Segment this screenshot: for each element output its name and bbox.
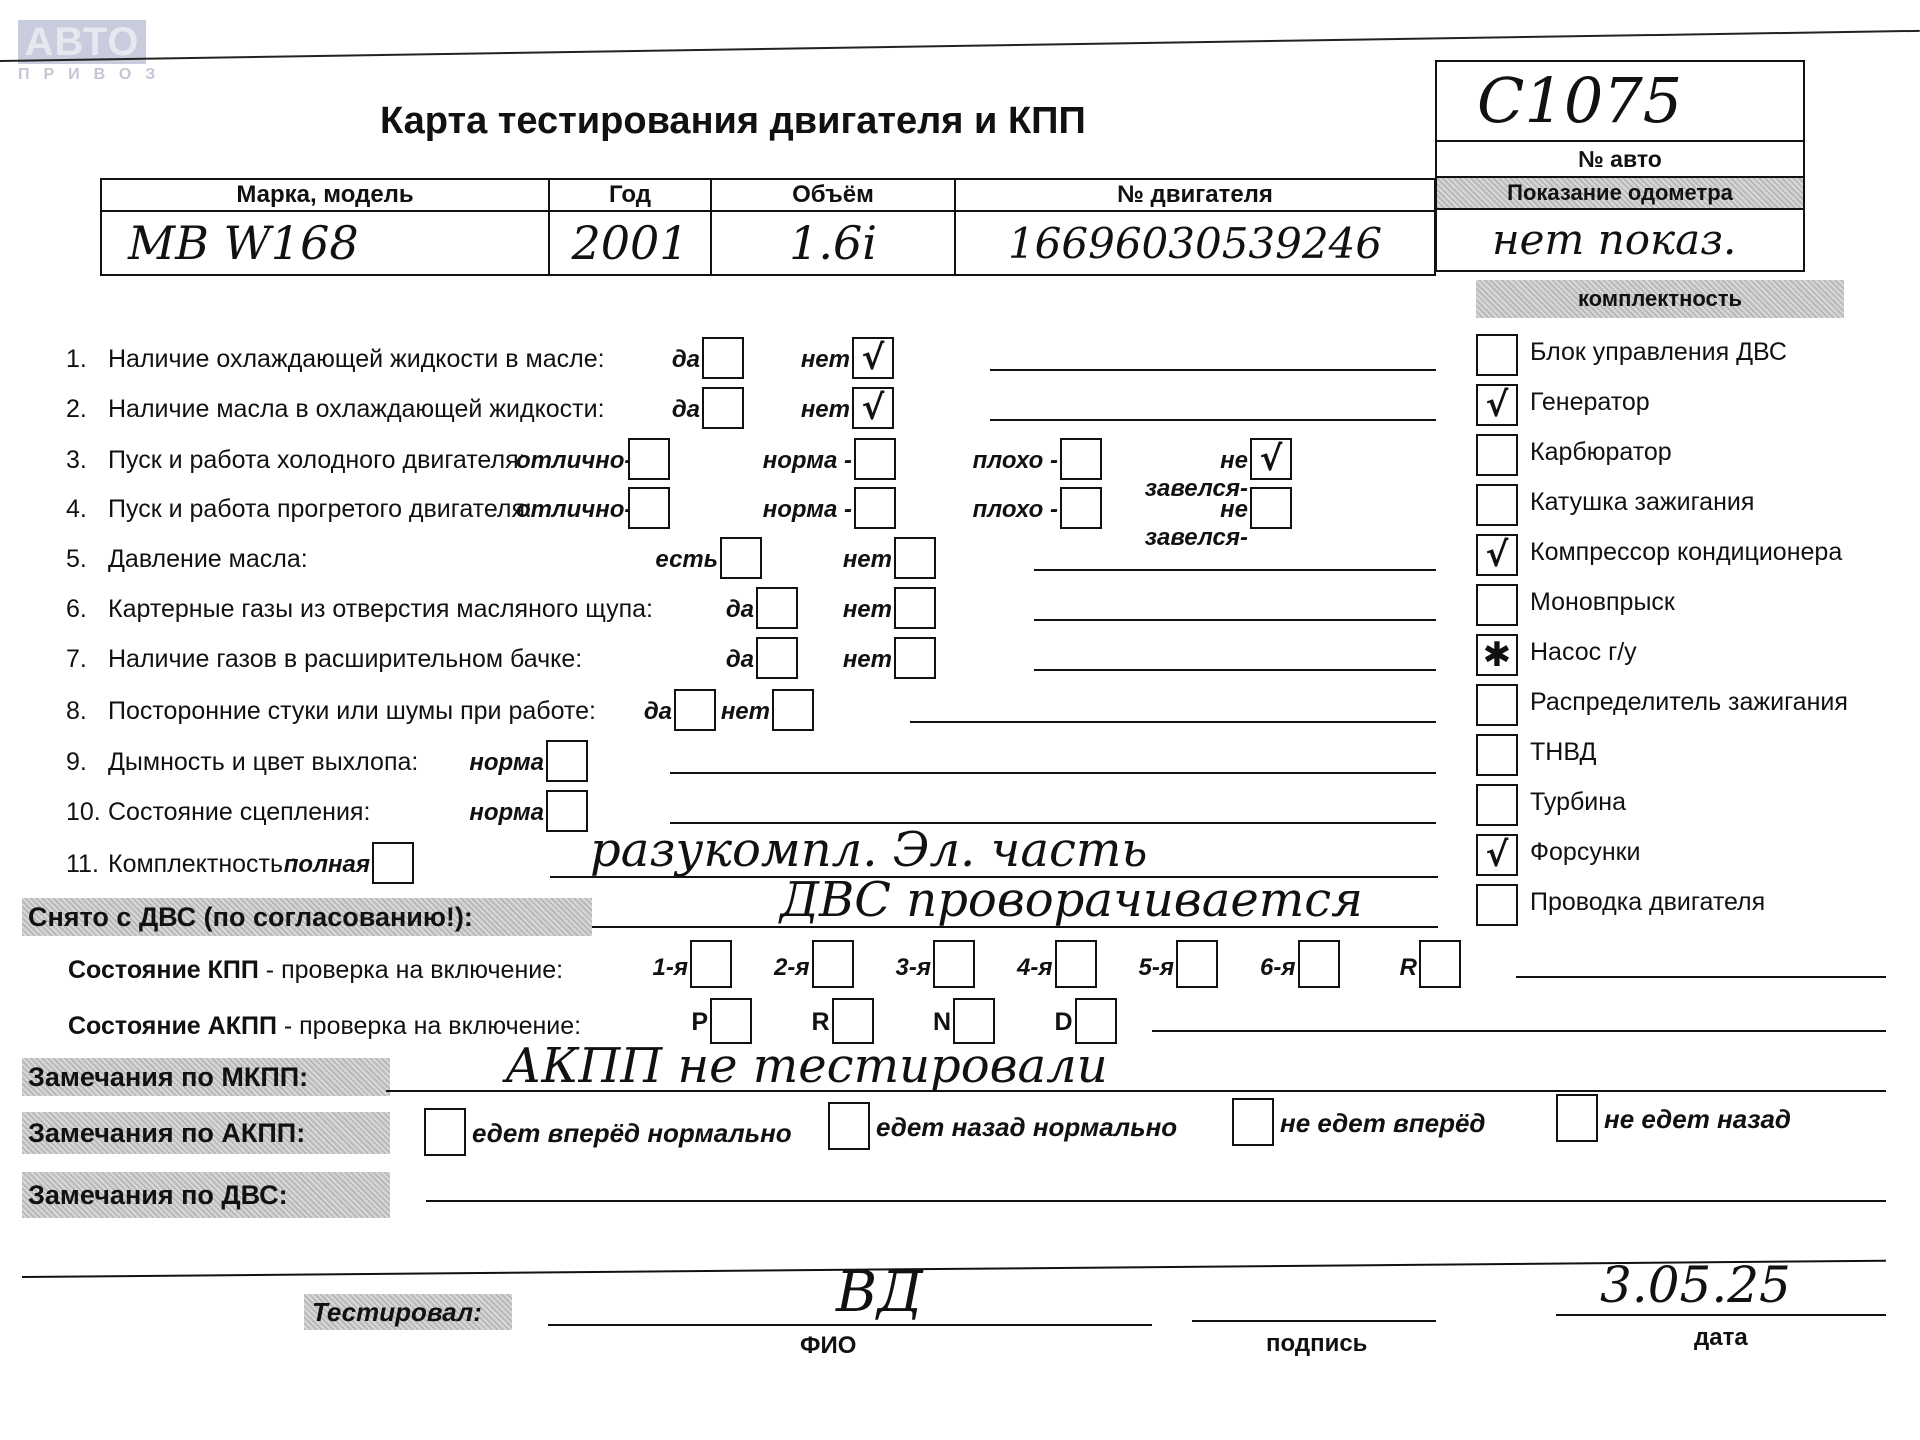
completeness-item-label: Проводка двигателя (1530, 888, 1765, 917)
check-row-4-checkbox[interactable] (854, 487, 896, 529)
check-row-4-label: Пуск и работа прогретого двигателя: (108, 495, 532, 524)
check-row-5-number: 5. (66, 545, 87, 574)
check-row-1-note-line (990, 369, 1436, 371)
check-row-4-option-label: не завелся- (1138, 496, 1248, 552)
logo-subtitle: ПРИВОЗ (18, 66, 169, 84)
check-row-1-checkbox[interactable]: √ (852, 337, 894, 379)
car-number-label: № авто (1437, 142, 1803, 178)
kpp-gear-checkbox[interactable] (812, 940, 854, 988)
check-row-4-option-label: норма - (742, 496, 852, 524)
tested-by-label: Тестировал: (304, 1294, 512, 1330)
akpp-remark-label: не едет назад (1604, 1104, 1791, 1135)
akpp-remark-label: едет назад нормально (876, 1112, 1177, 1143)
check-row-6-option-label: нет (782, 596, 892, 624)
check-row-4-checkbox[interactable] (1060, 487, 1102, 529)
completeness-checkbox[interactable]: √ (1476, 834, 1518, 876)
check-row-5-checkbox[interactable] (720, 537, 762, 579)
check-row-11-checkbox[interactable] (372, 842, 414, 884)
completeness-checkbox[interactable] (1476, 684, 1518, 726)
completeness-checkbox[interactable]: ✱ (1476, 634, 1518, 676)
check-row-9-number: 9. (66, 748, 87, 777)
completeness-note-2: ДВС проворачивается (780, 872, 1363, 928)
completeness-checkbox[interactable] (1476, 334, 1518, 376)
volume-value[interactable]: 1.6i (711, 211, 955, 275)
check-row-4-number: 4. (66, 495, 87, 524)
akpp-note-line (1152, 1030, 1886, 1032)
completeness-checkbox[interactable] (1476, 884, 1518, 926)
completeness-item-label: Турбина (1530, 788, 1626, 817)
akpp-remark-checkbox[interactable] (1232, 1098, 1274, 1146)
check-row-9-option-label: норма (434, 749, 544, 777)
check-row-10-number: 10. (66, 798, 101, 827)
check-row-2-option-label: нет (740, 396, 850, 424)
completeness-item-label: Насос г/у (1530, 638, 1637, 667)
col-engine-number: № двигателя (955, 179, 1435, 211)
check-row-1-label: Наличие охлаждающей жидкости в масле: (108, 345, 605, 374)
completeness-item-label: Блок управления ДВС (1530, 338, 1787, 367)
completeness-checkbox[interactable] (1476, 784, 1518, 826)
check-row-5-option-label: нет (782, 546, 892, 574)
completeness-checkbox[interactable]: √ (1476, 384, 1518, 426)
completeness-note-1: разукомпл. Эл. часть (590, 822, 1148, 878)
check-row-11-number: 11. (66, 850, 99, 879)
kpp-gear-label: 6-я (1252, 954, 1296, 982)
check-row-3-number: 3. (66, 446, 87, 475)
check-row-6-label: Картерные газы из отверстия масляного щу… (108, 595, 653, 624)
check-row-8-option-label: нет (660, 698, 770, 726)
top-rule (0, 30, 1920, 62)
year-value[interactable]: 2001 (549, 211, 711, 275)
akpp-remark-label: не едет вперёд (1280, 1108, 1486, 1139)
completeness-item-label: Компрессор кондиционера (1530, 538, 1842, 567)
engine-number-value[interactable]: 16696030539246 (955, 211, 1435, 275)
check-row-3-label: Пуск и работа холодного двигателя: (108, 446, 526, 475)
completeness-item-label: Генератор (1530, 388, 1650, 417)
akpp-gear-label: N (921, 1008, 951, 1037)
kpp-gear-checkbox[interactable] (1176, 940, 1218, 988)
check-row-1-option-label: да (590, 346, 700, 374)
akpp-label: Состояние АКПП - проверка на включение: (68, 1012, 581, 1041)
check-row-9-label: Дымность и цвет выхлопа: (108, 748, 418, 777)
check-row-1-option-label: нет (740, 346, 850, 374)
akpp-gear-label: P (678, 1008, 708, 1037)
removed-note-line (590, 926, 1438, 928)
check-row-9-note-line (670, 772, 1436, 774)
date-line (1556, 1314, 1886, 1316)
odometer-label: Показание одометра (1437, 178, 1803, 210)
check-row-8-number: 8. (66, 697, 87, 726)
check-row-3-option-label: плохо - (948, 447, 1058, 475)
check-row-7-number: 7. (66, 645, 87, 674)
completeness-item-label: Карбюратор (1530, 438, 1672, 467)
kpp-gear-checkbox[interactable] (1298, 940, 1340, 988)
akpp-remark-checkbox[interactable] (1556, 1094, 1598, 1142)
check-row-3-option-label: отлично- (516, 447, 626, 475)
car-number-value[interactable]: C1075 (1437, 62, 1803, 142)
kpp-gear-label: R (1373, 954, 1417, 982)
completeness-checkbox[interactable] (1476, 734, 1518, 776)
remarks-mkpp-line (386, 1090, 1886, 1092)
kpp-gear-checkbox[interactable] (690, 940, 732, 988)
remarks-mkpp-value[interactable]: АКПП не тестировали (505, 1038, 1108, 1094)
check-row-9-checkbox[interactable] (546, 740, 588, 782)
completeness-item-label: Форсунки (1530, 838, 1641, 867)
check-row-3-checkbox[interactable] (854, 438, 896, 480)
akpp-gear-label: D (1043, 1008, 1073, 1037)
kpp-gear-label: 1-я (644, 954, 688, 982)
check-row-7-label: Наличие газов в расширительном бачке: (108, 645, 582, 674)
check-row-2-checkbox[interactable]: √ (852, 387, 894, 429)
check-row-5-label: Давление масла: (108, 545, 308, 574)
signature-line (1192, 1320, 1436, 1322)
name-caption: ФИО (800, 1332, 856, 1360)
kpp-gear-checkbox[interactable] (1419, 940, 1461, 988)
vehicle-info-table: Марка, модель Год Объём № двигателя MB W… (100, 178, 1436, 276)
check-row-4-checkbox[interactable] (628, 487, 670, 529)
check-row-1-number: 1. (66, 345, 87, 374)
check-row-1-checkbox[interactable] (702, 337, 744, 379)
tester-name-value[interactable]: ВД (836, 1260, 923, 1325)
kpp-gear-label: 2-я (766, 954, 810, 982)
remarks-dvs-line (426, 1200, 1886, 1202)
make-model-value[interactable]: MB W168 (101, 211, 549, 275)
kpp-label-rest: - проверка на включение: (259, 956, 563, 984)
completeness-checkbox[interactable] (1476, 434, 1518, 476)
check-row-5-option-label: есть (608, 546, 718, 574)
akpp-remark-label: едет вперёд нормально (472, 1118, 792, 1149)
check-row-3-option-label: не завелся- (1138, 447, 1248, 503)
check-row-11-option-label: полная (260, 851, 370, 879)
remarks-mkpp-label: Замечания по МКПП: (22, 1058, 390, 1096)
page-title: Карта тестирования двигателя и КПП (380, 100, 1086, 143)
name-line (548, 1324, 1152, 1326)
completeness-item-label: Катушка зажигания (1530, 488, 1754, 517)
akpp-label-rest: - проверка на включение: (277, 1012, 581, 1040)
kpp-gear-label: 3-я (887, 954, 931, 982)
check-row-7-option-label: да (644, 646, 754, 674)
completeness-title: комплектность (1476, 280, 1844, 318)
kpp-label: Состояние КПП - проверка на включение: (68, 956, 563, 985)
check-row-6-checkbox[interactable] (894, 587, 936, 629)
removed-label: Снято с ДВС (по согласованию!): (22, 898, 592, 936)
signature-caption: подпись (1266, 1330, 1367, 1358)
completeness-item-label: Моновпрыск (1530, 588, 1675, 617)
check-row-5-checkbox[interactable] (894, 537, 936, 579)
check-row-5-note-line (1034, 569, 1436, 571)
car-number-box: C1075 № авто Показание одометра нет пока… (1435, 60, 1805, 272)
completeness-item-label: ТНВД (1530, 738, 1596, 767)
remarks-dvs-label: Замечания по ДВС: (22, 1172, 390, 1218)
akpp-remark-checkbox[interactable] (424, 1108, 466, 1156)
check-row-7-checkbox[interactable] (894, 637, 936, 679)
kpp-gear-checkbox[interactable] (933, 940, 975, 988)
date-caption: дата (1694, 1324, 1748, 1352)
akpp-label-bold: Состояние АКПП (68, 1012, 277, 1040)
check-row-2-option-label: да (590, 396, 700, 424)
completeness-checkbox[interactable]: √ (1476, 534, 1518, 576)
akpp-remark-checkbox[interactable] (828, 1102, 870, 1150)
check-row-8-option-label: да (562, 698, 672, 726)
check-row-10-checkbox[interactable] (546, 790, 588, 832)
check-row-6-note-line (1034, 619, 1436, 621)
check-row-3-checkbox[interactable]: √ (1250, 438, 1292, 480)
check-row-4-checkbox[interactable] (1250, 487, 1292, 529)
col-year: Год (549, 179, 711, 211)
completeness-checkbox[interactable] (1476, 484, 1518, 526)
kpp-gear-checkbox[interactable] (1055, 940, 1097, 988)
check-row-4-option-label: отлично- (516, 496, 626, 524)
check-row-2-note-line (990, 419, 1436, 421)
check-row-4-option-label: плохо - (948, 496, 1058, 524)
kpp-gear-label: 4-я (1009, 954, 1053, 982)
check-row-8-checkbox[interactable] (772, 689, 814, 731)
check-row-7-option-label: нет (782, 646, 892, 674)
col-make-model: Марка, модель (101, 179, 549, 211)
check-row-3-option-label: норма - (742, 447, 852, 475)
check-row-7-note-line (1034, 669, 1436, 671)
check-row-8-label: Посторонние стуки или шумы при работе: (108, 697, 596, 726)
check-row-3-checkbox[interactable] (628, 438, 670, 480)
check-row-10-option-label: норма (434, 799, 544, 827)
kpp-gear-label: 5-я (1130, 954, 1174, 982)
completeness-item-label: Распределитель зажигания (1530, 688, 1848, 717)
odometer-value[interactable]: нет показ. (1437, 210, 1803, 270)
check-row-6-number: 6. (66, 595, 87, 624)
check-row-2-label: Наличие масла в охлаждающей жидкости: (108, 395, 605, 424)
check-row-6-option-label: да (644, 596, 754, 624)
check-row-2-checkbox[interactable] (702, 387, 744, 429)
akpp-gear-label: R (800, 1008, 830, 1037)
check-row-8-note-line (910, 721, 1436, 723)
check-row-3-checkbox[interactable] (1060, 438, 1102, 480)
date-value[interactable]: 3.05.25 (1600, 1256, 1791, 1314)
kpp-label-bold: Состояние КПП (68, 956, 259, 984)
col-volume: Объём (711, 179, 955, 211)
completeness-checkbox[interactable] (1476, 584, 1518, 626)
kpp-note-line (1516, 976, 1886, 978)
remarks-akpp-label: Замечания по АКПП: (22, 1112, 390, 1154)
check-row-10-label: Состояние сцепления: (108, 798, 370, 827)
check-row-2-number: 2. (66, 395, 87, 424)
